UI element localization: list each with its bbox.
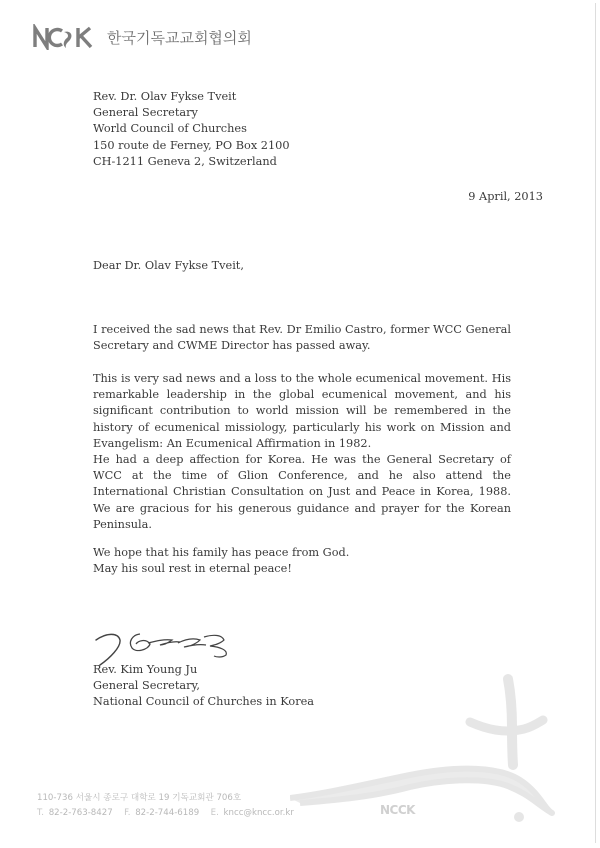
recipient-city: CH-1211 Geneva 2, Switzerland bbox=[93, 154, 290, 170]
fax-number: 82-2-744-6189 bbox=[135, 808, 199, 818]
signer-block: Rev. Kim Young Ju General Secretary, Nat… bbox=[93, 662, 314, 711]
body-paragraph-2: This is very sad news and a loss to the … bbox=[93, 371, 511, 452]
closing-line-2: May his soul rest in eternal peace! bbox=[93, 561, 349, 577]
ncck-logo-icon bbox=[33, 24, 97, 50]
fax-label: F. bbox=[124, 808, 130, 818]
cross-watermark-icon bbox=[290, 665, 600, 848]
salutation: Dear Dr. Olav Fykse Tveit, bbox=[93, 258, 244, 274]
phone-label: T. bbox=[37, 808, 44, 818]
email-address[interactable]: kncc@kncc.or.kr bbox=[224, 808, 294, 818]
email-label: E. bbox=[211, 808, 219, 818]
signer-title: General Secretary, bbox=[93, 678, 314, 694]
body-paragraphs-2-3: This is very sad news and a loss to the … bbox=[93, 371, 511, 533]
letterhead: 한국기독교교회협의회 bbox=[33, 22, 252, 52]
signer-name: Rev. Kim Young Ju bbox=[93, 662, 314, 678]
closing: We hope that his family has peace from G… bbox=[93, 545, 349, 577]
recipient-street: 150 route de Ferney, PO Box 2100 bbox=[93, 138, 290, 154]
body-paragraph-3: He had a deep affection for Korea. He wa… bbox=[93, 452, 511, 533]
signer-organization: National Council of Churches in Korea bbox=[93, 694, 314, 710]
letter-date: 9 April, 2013 bbox=[468, 190, 543, 203]
ncck-logo bbox=[33, 24, 97, 50]
footer-contact: 110-736 서울시 종로구 대학로 19 기독교회관 706호 T. 82-… bbox=[37, 791, 294, 821]
recipient-title: General Secretary bbox=[93, 105, 290, 121]
recipient-name: Rev. Dr. Olav Fykse Tveit bbox=[93, 89, 290, 105]
recipient-organization: World Council of Churches bbox=[93, 121, 290, 137]
closing-line-1: We hope that his family has peace from G… bbox=[93, 545, 349, 561]
footer-address: 110-736 서울시 종로구 대학로 19 기독교회관 706호 bbox=[37, 791, 294, 806]
watermark-logo: NCCK bbox=[380, 803, 415, 817]
org-name-korean: 한국기독교교회협의회 bbox=[107, 27, 252, 48]
phone-number: 82-2-763-8427 bbox=[49, 808, 113, 818]
recipient-address: Rev. Dr. Olav Fykse Tveit General Secret… bbox=[93, 89, 290, 170]
footer-contact-line: T. 82-2-763-8427 F. 82-2-744-6189 E. knc… bbox=[37, 806, 294, 821]
body-paragraph-1: I received the sad news that Rev. Dr Emi… bbox=[93, 322, 511, 354]
